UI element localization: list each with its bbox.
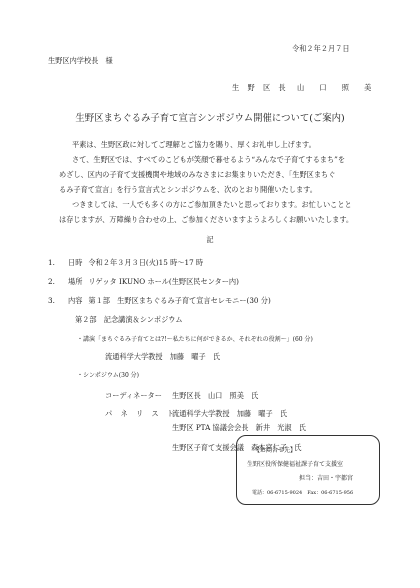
part2-heading: 第２部 記念講演＆シンポジウム xyxy=(75,315,183,325)
body-line: 平素は、生野区政に対してご理解とご協力を賜り、厚くお礼申し上げます。 xyxy=(72,140,316,150)
item-number: 3. xyxy=(48,296,62,306)
item-number: 2. xyxy=(48,277,62,287)
contact-person: 担当：吉田・宇都宮 xyxy=(299,475,353,483)
item-value: 第１部 生野区まちぐるみ子育て宣言セレモニー(30 分) xyxy=(88,296,270,306)
panelist: 生野区 PTA 協議会会長 新井 光淑 氏 xyxy=(172,423,306,433)
symposium-heading: ・シンポジウム(30 分) xyxy=(77,372,139,380)
item-content: 3. 内容 第１部 生野区まちぐるみ子育て宣言セレモニー(30 分) xyxy=(48,296,271,306)
body-line: つきましては、一人でも多くの方にご参加頂きたいと思っております。お忙しいことと xyxy=(72,200,352,210)
item-number: 1. xyxy=(48,258,62,268)
panelist-label: パ ネ リ ス ト xyxy=(105,409,177,419)
lecture-title: ・講演「まちぐるみ子育てとは?!～私たちに何ができるか、それぞれの役割～」(60… xyxy=(77,336,313,344)
contact-heading: 【お問合せ先】 xyxy=(254,447,296,455)
ki-heading: 記 xyxy=(0,235,420,245)
item-label: 場所 xyxy=(68,277,82,287)
date: 令和２年２月７日 xyxy=(292,44,350,54)
contact-office: 生野区役所保健福祉課子育て支援室 xyxy=(247,461,343,469)
document-title: 生野区まちぐるみ子育て宣言シンポジウム開催について(ご案内) xyxy=(0,113,420,125)
item-venue: 2. 場所 リゲッタ IKUNO ホール(生野区民センター内) xyxy=(48,277,239,287)
contact-phone: 電話：06-6715-9024 Fax：06-6715-956 xyxy=(252,490,353,497)
item-label: 日時 xyxy=(68,258,82,268)
sender-name: 山 口 照 美 xyxy=(297,83,375,93)
body-line: めざし、区内の子育て支援機関や地域のみなさまにお集まりいただき、「生野区まちぐ xyxy=(59,170,335,180)
item-label: 内容 xyxy=(68,296,82,306)
lecturer: 流通科学大学教授 加藤 曜子 氏 xyxy=(105,352,220,362)
item-datetime: 1. 日時 令和２年３月３日(火)15 時～17 時 xyxy=(48,258,203,268)
body-line: は存じますが、万障繰り合わせの上、ご参加くださいますようよろしくお願いいたします… xyxy=(59,215,353,225)
body-line: るみ子育て宣言」を行う宣言式とシンポジウムを、次のとおり開催いたします。 xyxy=(59,185,317,195)
coordinator-label: コーディネーター xyxy=(105,391,162,401)
panelist: 流通科学大学教授 加藤 曜子 氏 xyxy=(172,409,287,419)
coordinator-name: 生野区長 山口 照美 氏 xyxy=(172,391,258,401)
item-value: 令和２年３月３日(火)15 時～17 時 xyxy=(88,258,203,268)
sender-title: 生 野 区 長 xyxy=(232,83,289,93)
body-line: さて、生野区では、すべてのこどもが笑顔で暮せるよう“みんなで子育てするまち”を xyxy=(72,155,345,165)
addressee: 生野区内学校長 様 xyxy=(48,56,113,66)
item-value: リゲッタ IKUNO ホール(生野区民センター内) xyxy=(88,277,239,287)
